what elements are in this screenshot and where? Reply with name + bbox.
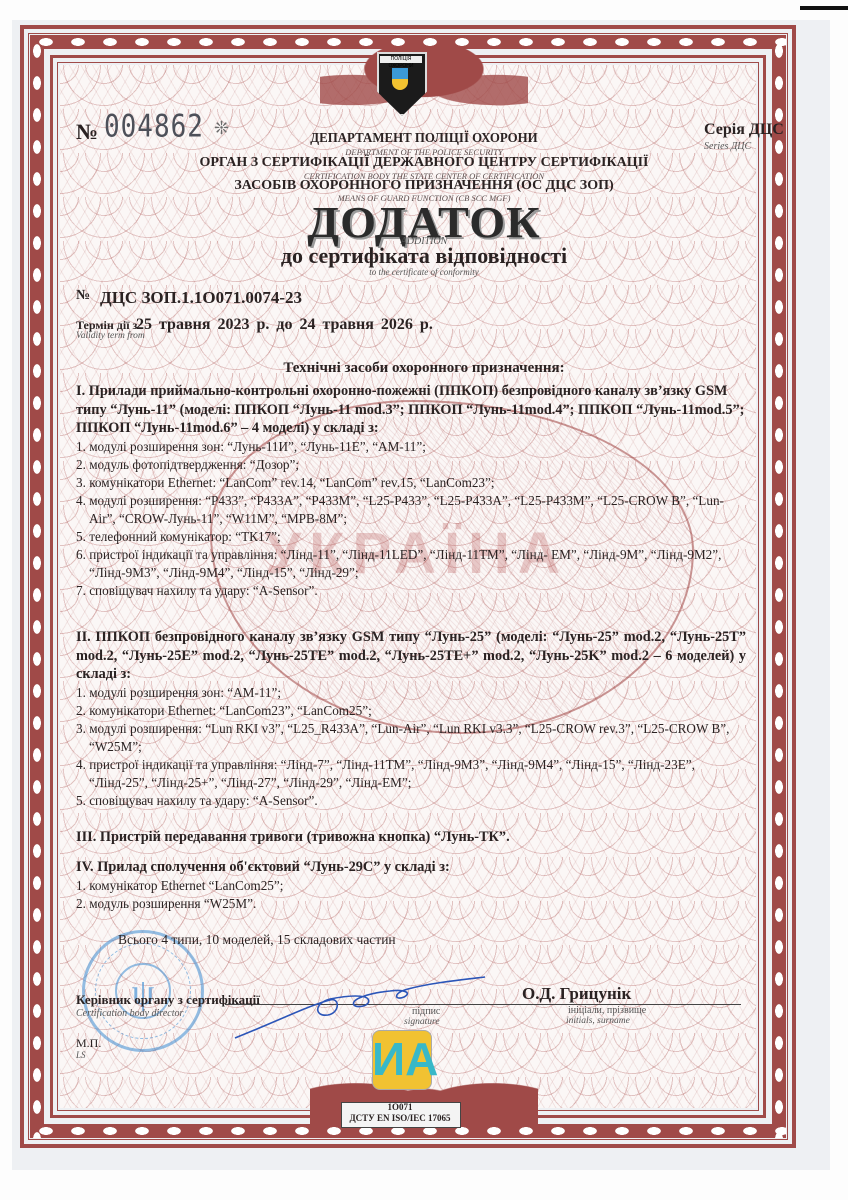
list-item: 6. пристрої індикації та управління: “Лі… (76, 546, 746, 582)
section-1: I. Прилади приймально-контрольні охоронн… (76, 382, 746, 600)
list-item: 1. модулі розширення зон: “Лунь-11И”, “Л… (76, 438, 746, 456)
scan-edge-mark (800, 6, 848, 10)
section-1-title: I. Прилади приймально-контрольні охоронн… (76, 382, 746, 438)
certificate-number-label: № (76, 288, 90, 304)
document-subtitle: до сертифіката відповідності (0, 243, 848, 269)
header-line-3: ЗАСОБІВ ОХОРОННОГО ПРИЗНАЧЕННЯ (ОС ДЦС З… (0, 178, 848, 194)
list-item: 3. модулі розширення: “Lun RKI v3”, “L25… (76, 720, 746, 756)
section-4: IV. Прилад сполучення об'єктовий “Лунь-2… (76, 858, 746, 913)
trident-icon (392, 68, 408, 90)
list-item: 5. сповіщувач нахилу та удару: “A-Sensor… (76, 792, 746, 810)
certificate-number: ДЦС ЗОП.1.1О071.0074-23 (100, 288, 302, 308)
list-item: 1. комунікатор Ethernet “LanCom25”; (76, 877, 746, 895)
signatory-name: О.Д. Грицунік (522, 984, 631, 1004)
section-2-title: II. ППКОП безпровідного каналу зв’язку G… (76, 628, 746, 684)
list-item: 2. комунікатори Ethernet: “LanCom23”, “L… (76, 702, 746, 720)
section-4-title: IV. Прилад сполучення об'єктовий “Лунь-2… (76, 858, 746, 877)
header-line-1: ДЕПАРТАМЕНТ ПОЛІЦІЇ ОХОРОНИ (34, 131, 814, 147)
list-item: 3. комунікатори Ethernet: “LanCom” rev.1… (76, 474, 746, 492)
handwritten-signature (190, 975, 490, 1045)
accreditation-standard: ДСТУ EN ISO/IEC 17065 (341, 1113, 459, 1123)
section-2: II. ППКОП безпровідного каналу зв’язку G… (76, 628, 746, 810)
initials-label-en: initials, surname (566, 1016, 630, 1026)
total-summary: Всього 4 типи, 10 моделей, 15 складових … (118, 932, 396, 948)
section-heading: Технічні засоби охоронного призначення: (0, 360, 848, 377)
shield-banner: ПОЛІЦІЯ ОХОРОНИ (380, 56, 422, 63)
document-subtitle-en: to the certificate of conformity (0, 267, 848, 277)
section-3-title: III. Пристрій передавання тривоги (триво… (76, 828, 746, 847)
seal-label-en: LS (76, 1050, 86, 1060)
accreditation-logo-mark: ИA (372, 1030, 430, 1088)
list-item: 4. пристрої індикації та управління: “Лі… (76, 756, 746, 792)
seal-label: М.П. (76, 1036, 101, 1051)
signatory-role-en: Certification body director (76, 1008, 183, 1019)
accreditation-code: 1О071 (341, 1102, 459, 1112)
list-item: 1. модулі розширення зон: “АМ-11”; (76, 684, 746, 702)
list-item: 4. модулі розширення: “P433”, “P433A”, “… (76, 492, 746, 528)
validity-label-en: Validity term from (76, 331, 145, 341)
list-item: 2. модуль розширення “W25M”. (76, 895, 746, 913)
section-3: III. Пристрій передавання тривоги (триво… (76, 828, 746, 847)
list-item: 7. сповіщувач нахилу та удару: “A-Sensor… (76, 582, 746, 600)
list-item: 2. модуль фотопідтвердження: “Дозор”; (76, 456, 746, 474)
list-item: 5. телефонний комунікатор: “ТК17”; (76, 528, 746, 546)
initials-label: ініціали, прізвище (568, 1005, 646, 1016)
validity-period: 25 травня 2023 р. до 24 травня 2026 р. (136, 316, 433, 334)
header-line-2: ОРГАН З СЕРТИФІКАЦІЇ ДЕРЖАВНОГО ЦЕНТРУ С… (0, 155, 848, 171)
